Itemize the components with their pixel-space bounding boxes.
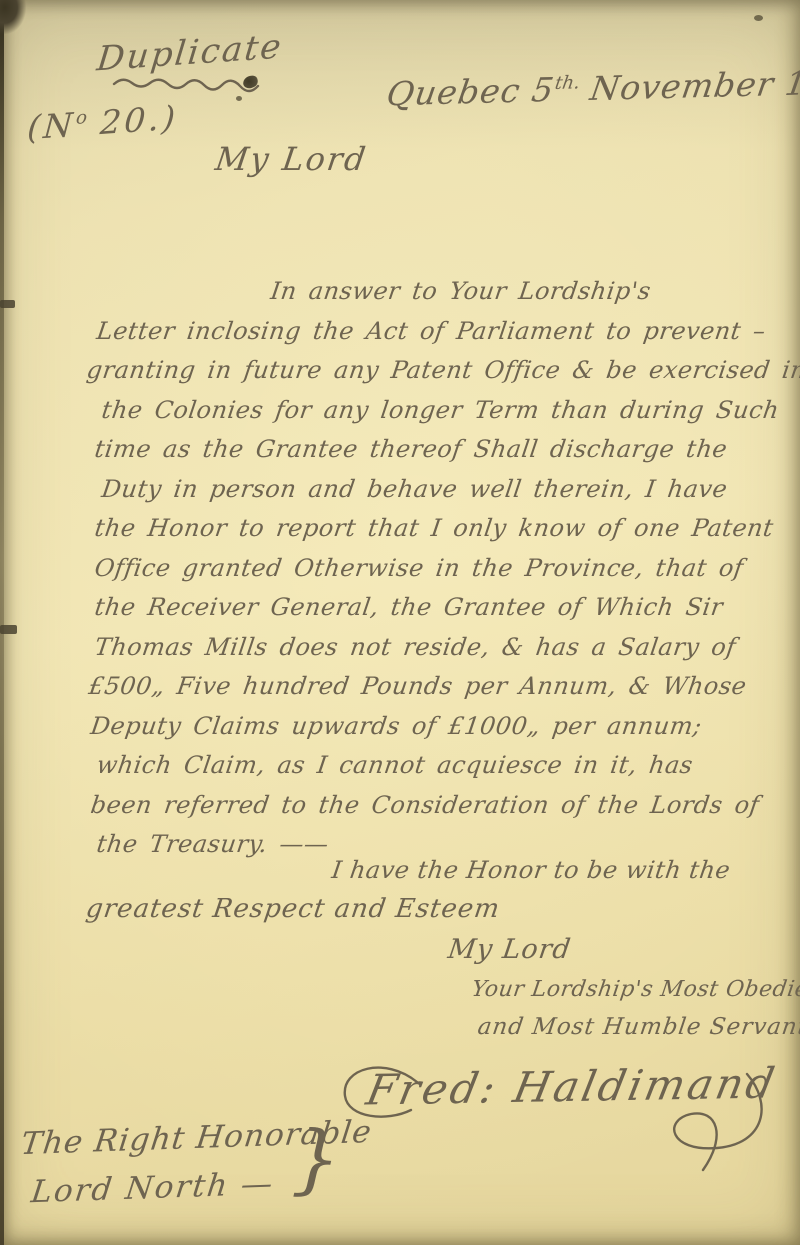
body-line: Deputy Claims upwards of £1000„ per annu… [88, 707, 790, 747]
closing-line: and Most Humble Servant [476, 1014, 800, 1040]
body-line: £500„ Five hundred Pounds per Annum, & W… [86, 667, 790, 707]
edge-mark [0, 625, 17, 634]
paper-speck [236, 96, 242, 101]
closing-line: I have the Honor to be with the [330, 856, 732, 884]
body-line: the Colonies for any longer Term than du… [99, 391, 790, 431]
closing-line: Your Lordship's Most Obedient [470, 977, 800, 1002]
signature: Fred: Haldimand [362, 1058, 781, 1114]
corner-stain [0, 0, 26, 34]
paper-speck [754, 15, 763, 21]
document-number-rest: 20.) [85, 98, 179, 143]
body-line: Duty in person and behave well therein, … [99, 470, 790, 510]
document-number: (No 20.) [26, 98, 179, 147]
body-line: time as the Grantee thereof Shall discha… [92, 430, 790, 470]
body-line: Letter inclosing the Act of Parliament t… [94, 312, 790, 352]
closing-salutation: My Lord [446, 934, 573, 965]
body-line: Office granted Otherwise in the Province… [92, 549, 790, 589]
dateline-ordinal: th. [553, 72, 581, 94]
body-line: Thomas Mills does not reside, & has a Sa… [92, 628, 790, 668]
dateline-rest: November 1783 [576, 62, 800, 109]
body-line: the Receiver General, the Grantee of Whi… [92, 588, 790, 628]
document-number-prefix: (N [26, 105, 77, 147]
closing-line: greatest Respect and Esteem [84, 894, 502, 924]
letter-page: Duplicate (No 20.) Quebec 5th. November … [0, 0, 800, 1245]
addressee-brace: } [290, 1113, 341, 1204]
page-left-edge [0, 0, 4, 1245]
body-line: been referred to the Consideration of th… [88, 786, 790, 826]
body-line: which Claim, as I cannot acquiesce in it… [94, 746, 790, 786]
body-line: granting in future any Patent Office & b… [84, 351, 790, 391]
body-line: In answer to Your Lordship's [84, 272, 790, 312]
dateline-place-day: Quebec 5 [384, 70, 557, 113]
duplicate-annotation: Duplicate [95, 27, 285, 80]
salutation: My Lord [213, 140, 370, 178]
body-line: the Honor to report that I only know of … [92, 509, 790, 549]
letter-body: In answer to Your Lordship's Letter incl… [84, 272, 784, 865]
dateline: Quebec 5th. November 1783 [384, 62, 800, 114]
edge-mark [0, 300, 15, 308]
addressee-line: Lord North — [29, 1166, 276, 1210]
